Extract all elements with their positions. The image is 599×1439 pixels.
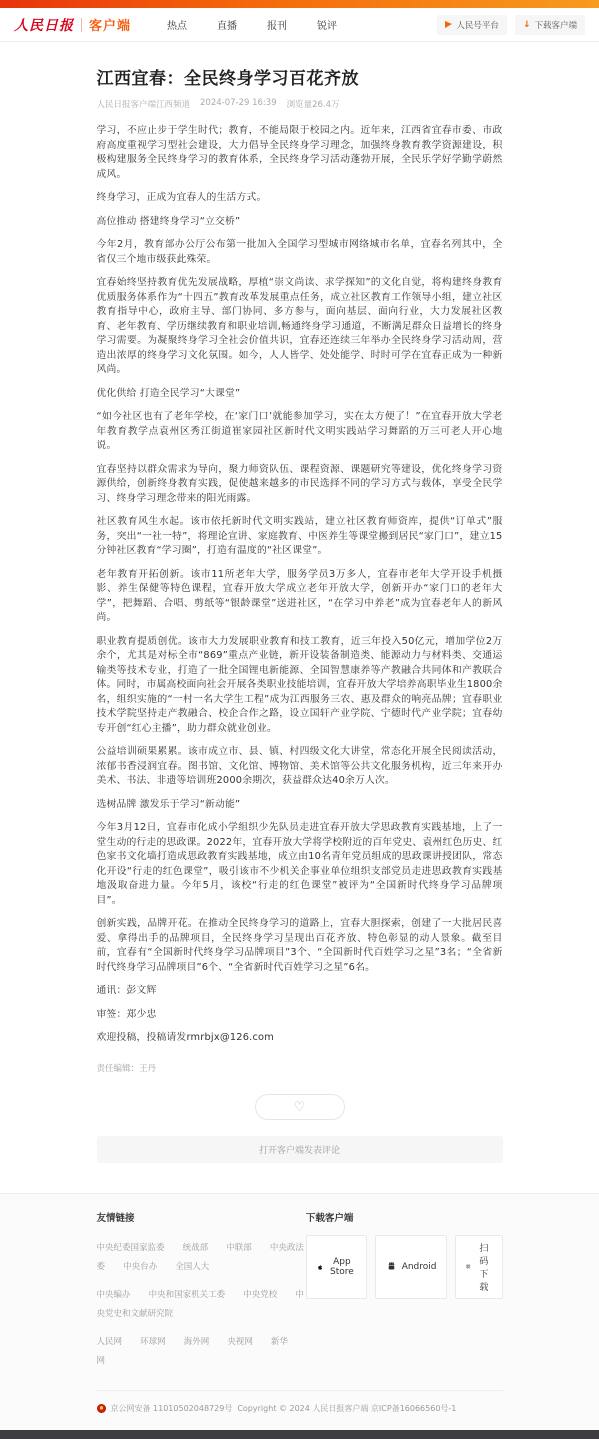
article-body: 学习，不应止步于学生时代；教育，不能局限于校园之内。近年来，江西省宜春市委、市政… <box>97 124 503 1046</box>
paragraph: “如今社区也有了老年学校，在‘家门口’就能参加学习，实在太方便了！”在宜春开放大… <box>97 410 503 454</box>
copyright-text: Copyright © 2024 人民日报客户端 京ICP备16066560号-… <box>237 1403 456 1414</box>
paragraph: 今年3月12日，宜春市化成小学组织少先队员走进宜春开放大学思政教育实践基地，上了… <box>97 821 503 908</box>
paper-plane-icon <box>445 21 452 28</box>
paragraph: 终身学习，正成为宜春人的生活方式。 <box>97 191 503 206</box>
footer-link[interactable]: 中央台办 <box>123 1262 157 1272</box>
footer-link[interactable]: 中央编办 <box>97 1290 131 1300</box>
site-logo[interactable]: 人民日报 客户端 <box>14 15 131 35</box>
paragraph: 老年教育开拓创新。该市11所老年大学，服务学员3万多人，宜春市老年大学开设手机摄… <box>97 568 503 626</box>
app-store-button[interactable]: App Store <box>306 1235 367 1299</box>
nav-item-commentary[interactable]: 锐评 <box>317 17 337 32</box>
paragraph: 学习，不应止步于学生时代；教育，不能局限于校园之内。近年来，江西省宜春市委、市政… <box>97 124 503 182</box>
copyright-row: 京公网安备 11010502048729号 Copyright © 2024 人… <box>97 1391 503 1430</box>
header-actions: 人民号平台 ↓ 下载客户端 <box>437 15 585 35</box>
like-section: ♡ <box>97 1094 503 1120</box>
site-footer: 友情链接 中央纪委国家监委 统战部 中联部 中央政法委 中央台办 全国人大 中央… <box>0 1193 599 1430</box>
article-datetime: 2024-07-29 16:39 <box>200 98 277 110</box>
comment-prompt: 打开客户端发表评论 <box>259 1143 340 1156</box>
peoples-account-platform-label: 人民号平台 <box>456 19 499 31</box>
download-client-block: 下载客户端 App Store Android 扫码下载 <box>306 1210 503 1376</box>
site-header: 人民日报 客户端 热点 直播 报刊 锐评 人民号平台 ↓ 下载客户端 <box>0 8 599 42</box>
store-buttons-row: App Store Android 扫码下载 <box>306 1235 503 1299</box>
footer-link[interactable]: 全国人大 <box>175 1262 209 1272</box>
bottom-window-strip <box>0 1430 599 1439</box>
android-icon <box>386 1261 397 1272</box>
footer-link[interactable]: 中联部 <box>226 1243 252 1253</box>
client-app-label: 客户端 <box>89 15 131 34</box>
correspondent-line: 通讯：彭文辉 <box>97 984 503 999</box>
heart-icon: ♡ <box>294 1100 306 1113</box>
friend-links-row: 中央纪委国家监委 统战部 中联部 中央政法委 中央台办 全国人大 <box>97 1235 306 1273</box>
nav-item-newspaper[interactable]: 报刊 <box>267 17 287 32</box>
paragraph: 今年2月，教育部办公厅公布第一批加入全国学习型城市网络城市名单，宜春名列其中，全… <box>97 238 503 267</box>
article-source[interactable]: 人民日报客户端江西频道 <box>97 98 191 110</box>
footer-link[interactable]: 中央和国家机关工委 <box>149 1290 226 1300</box>
article-title: 江西宜春：全民终身学习百花齐放 <box>97 64 503 89</box>
friend-links-block: 友情链接 中央纪委国家监委 统战部 中联部 中央政法委 中央台办 全国人大 中央… <box>97 1210 306 1376</box>
android-button[interactable]: Android <box>375 1235 448 1299</box>
footer-link[interactable]: 央视网 <box>227 1337 253 1347</box>
article-view-count: 浏览量26.4万 <box>287 98 340 110</box>
paragraph: 社区教育风生水起。该市依托新时代文明实践站，建立社区教育师资库，提供“订单式”服… <box>97 515 503 559</box>
nav-item-hotspots[interactable]: 热点 <box>167 17 187 32</box>
paragraph: 创新实践，品牌开花。在推动全民终身学习的道路上，宜春大胆探索，创建了一大批居民喜… <box>97 917 503 975</box>
footer-link[interactable]: 中央党校 <box>243 1290 277 1300</box>
qrcode-icon <box>466 1261 471 1272</box>
download-icon: ↓ <box>523 20 531 30</box>
like-button[interactable]: ♡ <box>255 1094 345 1120</box>
submission-line: 欢迎投稿，投稿请发rmrbjx@126.com <box>97 1031 503 1046</box>
logo-divider <box>81 18 82 32</box>
footer-link[interactable]: 环球网 <box>140 1337 166 1347</box>
scan-qr-label: 扫码下载 <box>476 1241 491 1293</box>
section-heading: 优化供给 打造全民学习“大课堂” <box>97 387 503 402</box>
footer-link[interactable]: 统战部 <box>183 1243 209 1253</box>
app-store-label: App Store <box>328 1257 356 1277</box>
apple-icon <box>317 1261 323 1273</box>
download-client-label: 下载客户端 <box>534 19 577 31</box>
footer-link[interactable]: 人民网 <box>97 1337 123 1347</box>
section-heading: 高位推动 搭建终身学习“立交桥” <box>97 215 503 230</box>
nav-item-live[interactable]: 直播 <box>217 17 237 32</box>
main-nav: 热点 直播 报刊 锐评 <box>167 17 337 32</box>
friend-links-title: 友情链接 <box>97 1210 306 1224</box>
footer-link[interactable]: 海外网 <box>184 1337 210 1347</box>
footer-link[interactable]: 中央纪委国家监委 <box>97 1243 165 1253</box>
editor-note: 责任编辑：王丹 <box>97 1062 503 1074</box>
paragraph: 公益培训硕果累累。该市成立市、县、镇、村四级文化大讲堂，常态化开展全民阅读活动，… <box>97 745 503 789</box>
download-client-button[interactable]: ↓ 下载客户端 <box>515 15 585 35</box>
peoples-daily-logo: 人民日报 <box>14 15 74 35</box>
footer-columns: 友情链接 中央纪委国家监委 统战部 中联部 中央政法委 中央台办 全国人大 中央… <box>97 1210 503 1376</box>
scan-qr-download-button[interactable]: 扫码下载 <box>455 1235 502 1299</box>
paragraph: 宜春坚持以群众需求为导向，聚力师资队伍、课程资源、课题研究等建设，优化终身学习资… <box>97 463 503 507</box>
download-client-title: 下载客户端 <box>306 1210 503 1224</box>
paragraph: 职业教育提质创优。该市大力发展职业教育和技工教育，近三年投入50亿元，增加学位2… <box>97 635 503 737</box>
top-gradient-bar <box>0 0 599 8</box>
peoples-account-platform-button[interactable]: 人民号平台 <box>437 15 507 35</box>
reviewer-line: 审签：郑少忠 <box>97 1008 503 1023</box>
security-badge-icon <box>97 1404 106 1413</box>
android-label: Android <box>402 1262 437 1272</box>
beian-number[interactable]: 京公网安备 11010502048729号 <box>111 1403 233 1414</box>
comment-entry-bar[interactable]: 打开客户端发表评论 <box>97 1136 503 1163</box>
article-meta: 人民日报客户端江西频道 2024-07-29 16:39 浏览量26.4万 <box>97 98 503 110</box>
article-page: 江西宜春：全民终身学习百花齐放 人民日报客户端江西频道 2024-07-29 1… <box>97 64 503 1163</box>
section-heading: 选树品牌 激发乐于学习“新动能” <box>97 798 503 813</box>
paragraph: 宜春始终坚持教育优先发展战略，厚植“崇文尚读、求学探知”的文化自觉，将构建终身教… <box>97 276 503 378</box>
friend-links-row: 中央编办 中央和国家机关工委 中央党校 中央党史和文献研究院 <box>97 1282 306 1320</box>
friend-links-row: 人民网 环球网 海外网 央视网 新华网 <box>97 1329 306 1367</box>
